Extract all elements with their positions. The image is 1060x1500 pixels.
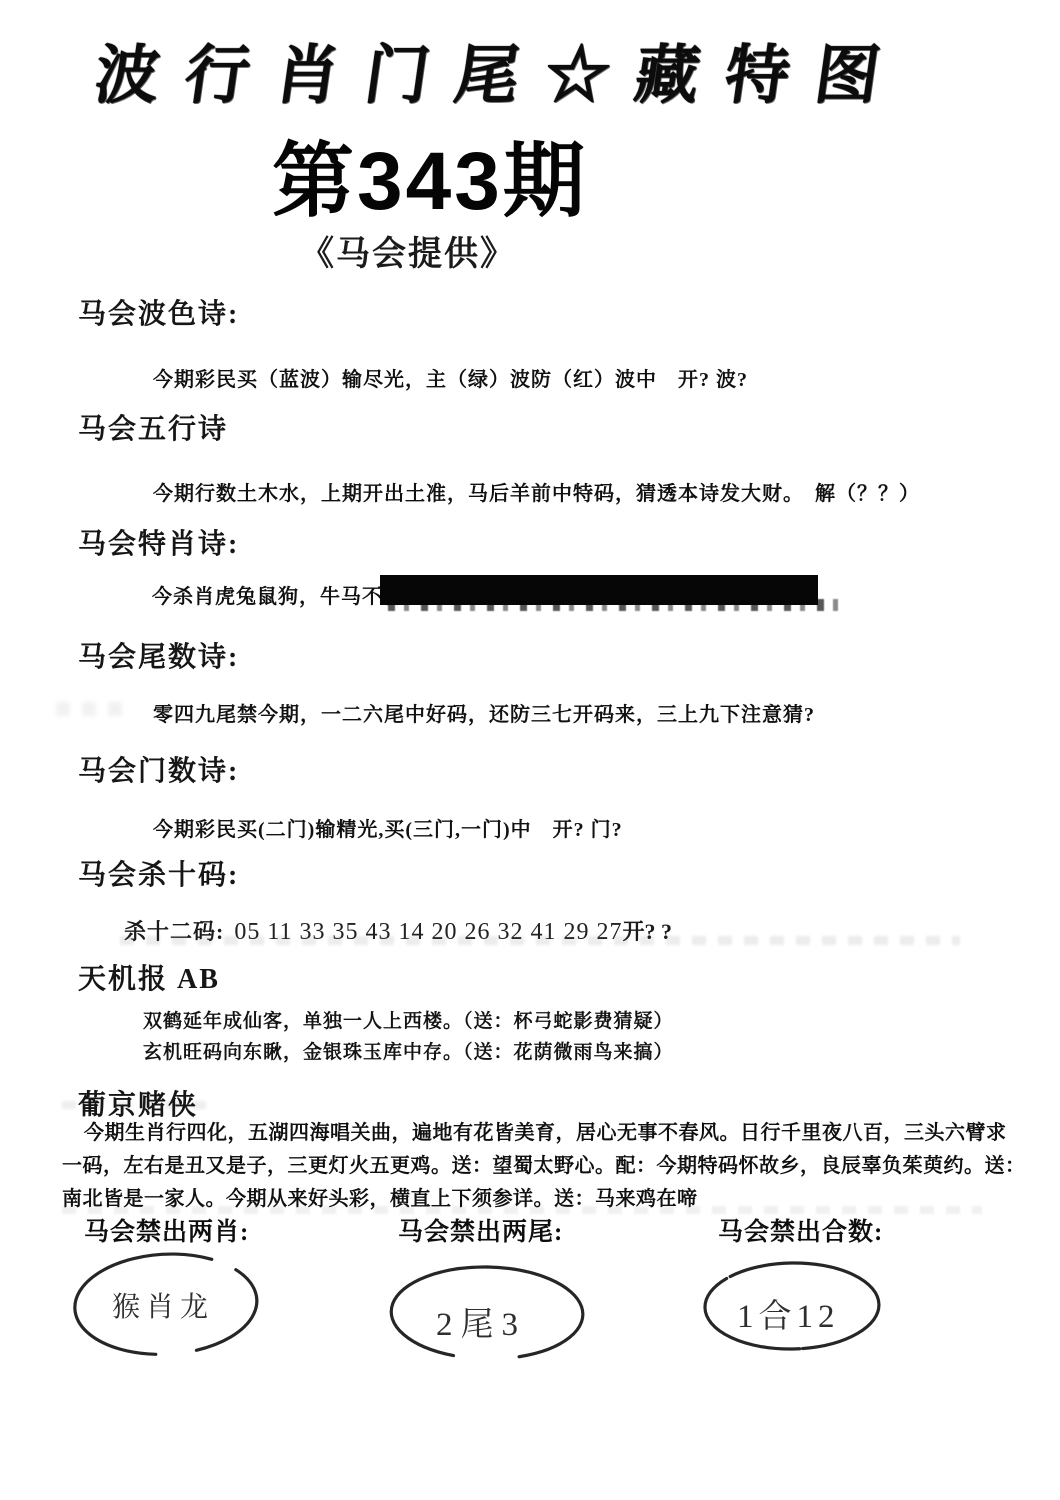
scan-artifact	[56, 702, 128, 716]
scanned-lottery-page: 波行肖门尾☆藏特图 第343期 《马会提供》 马会波色诗: 今期彩民买（蓝波）输…	[0, 0, 1060, 1500]
heading-shashima: 马会杀十码:	[78, 853, 239, 893]
poem-texiao-visible: 今杀肖虎兔鼠狗，牛马不合	[152, 580, 404, 609]
heading-bose: 马会波色诗:	[78, 292, 239, 332]
forbidden-zodiacs-value: 猴肖龙	[112, 1285, 214, 1325]
heading-texiao: 马会特肖诗:	[78, 522, 239, 562]
issue-number: 第343期	[272, 116, 588, 233]
scan-artifact	[120, 936, 960, 945]
heading-menshu: 马会门数诗:	[78, 749, 239, 789]
poem-menshu: 今期彩民买(二门)输精光,买(三门,一门)中 开? 门?	[153, 813, 623, 842]
heading-forbidden-sums: 马会禁出合数:	[718, 1212, 883, 1248]
tianji-line-1: 双鹤延年成仙客，单独一人上西楼。（送：杯弓蛇影费猜疑）	[143, 1006, 674, 1033]
heading-forbidden-zodiacs: 马会禁出两肖:	[84, 1212, 249, 1248]
heading-weishu: 马会尾数诗:	[78, 635, 239, 675]
tianji-line-2: 玄机旺码向东瞅，金银珠玉库中存。（送：花荫微雨鸟来搞）	[143, 1037, 674, 1064]
redaction-bar	[380, 575, 818, 605]
provider-line: 《马会提供》	[300, 226, 516, 275]
forbidden-tails-value: 2尾3	[436, 1298, 526, 1345]
page-title: 波行肖门尾☆藏特图	[90, 24, 913, 116]
heading-wuxing: 马会五行诗	[78, 407, 228, 447]
pujing-paragraph-line-1: 今期生肖行四化，五湖四海唱关曲，遍地有花皆美育，居心无事不春风。日行千里夜八百，…	[62, 1116, 1007, 1145]
heading-forbidden-tails: 马会禁出两尾:	[398, 1212, 563, 1248]
forbidden-sums-value: 1合12	[737, 1290, 840, 1337]
poem-wuxing: 今期行数土木水，上期开出土准，马后羊前中特码，猜透本诗发大财。 解（？？）	[153, 477, 920, 506]
poem-bose: 今期彩民买（蓝波）输尽光，主（绿）波防（红）波中 开? 波?	[153, 363, 748, 392]
poem-weishu: 零四九尾禁今期，一二六尾中好码，还防三七开码来，三上九下注意猜?	[153, 698, 815, 727]
pujing-paragraph-line-2: 一码，左右是丑又是子，三更灯火五更鸡。送：望蜀太野心。配：今期特码怀故乡，良辰辜…	[62, 1149, 1026, 1178]
heading-tianji: 天机报 AB	[78, 957, 220, 997]
